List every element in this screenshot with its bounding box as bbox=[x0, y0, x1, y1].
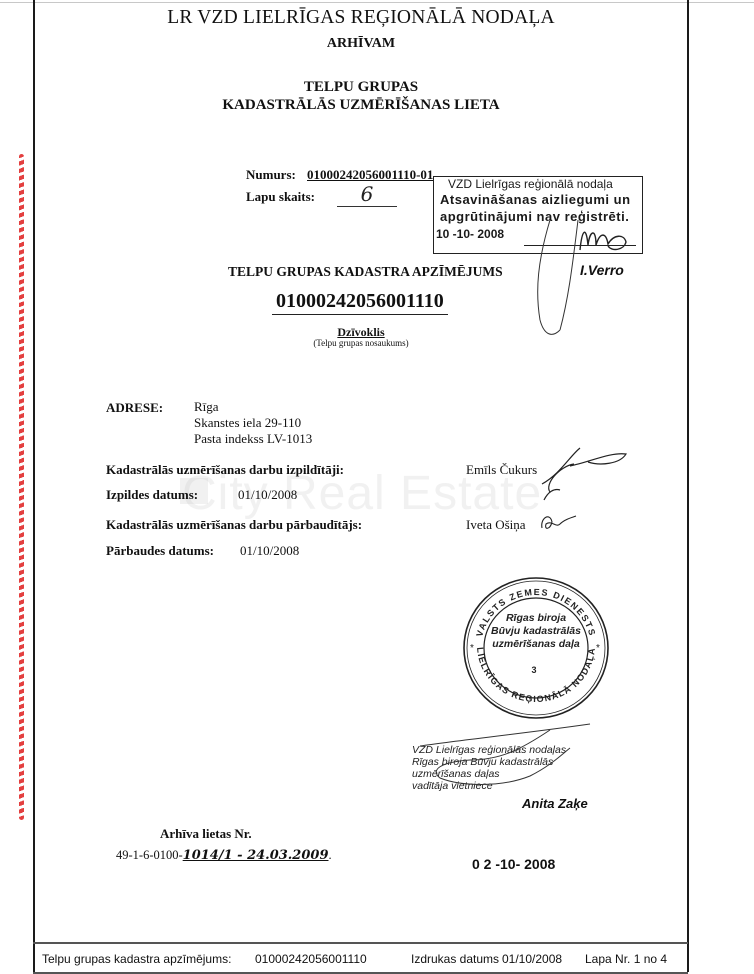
seal-inner-line2: Būvju kadastrālās bbox=[491, 625, 581, 637]
pages-label: Lapu skaits: bbox=[246, 189, 315, 205]
archive-case-number: 49-1-6-0100-1014/1 - 24.03.2009. bbox=[116, 848, 332, 863]
archive-heading: ARHĪVAM bbox=[34, 36, 688, 52]
inspection-date-value: 01/10/2008 bbox=[240, 543, 299, 559]
signature-osina-icon bbox=[538, 510, 578, 534]
address-postal: Pasta indekss LV-1013 bbox=[194, 431, 312, 447]
performed-date-label: Izpildes datums: bbox=[106, 487, 198, 503]
received-date-stamp: 0 2 -10- 2008 bbox=[472, 856, 555, 872]
document-frame-right bbox=[687, 0, 689, 972]
archive-case-label: Arhīva lietas Nr. bbox=[160, 826, 252, 842]
address-lines: Rīga Skanstes iela 29-110 Pasta indekss … bbox=[194, 399, 312, 447]
performed-date-value: 01/10/2008 bbox=[238, 487, 297, 503]
footer-print-date-label: Izdrukas datums bbox=[411, 952, 499, 966]
number-value: 01000242056001110-01 bbox=[307, 167, 433, 183]
signature-cukurs-icon bbox=[540, 444, 630, 504]
folder-title-line1: TELPU GRUPAS bbox=[34, 78, 688, 96]
number-label: Numurs: bbox=[246, 167, 296, 183]
archive-case-handwritten: 1014/1 - 24.03.2009 bbox=[183, 848, 329, 863]
seal-number: 3 bbox=[531, 665, 536, 675]
seal-inner-line1: Rīgas biroja bbox=[506, 612, 566, 624]
round-seal: VALSTS ZEMES DIENESTS LIELRĪGAS REĢIONĀL… bbox=[461, 575, 611, 721]
inspection-date-label: Pārbaudes datums: bbox=[106, 543, 214, 559]
cadastre-number: 01000242056001110 bbox=[272, 290, 448, 315]
org-title: LR VZD LIELRĪGAS REĢIONĀLĀ NODAĻA bbox=[34, 7, 688, 29]
stamp-date: 10 -10- 2008 bbox=[436, 227, 504, 241]
signer-verro: I.Verro bbox=[580, 262, 624, 278]
footer-page-label: Lapa Nr. 1 no 4 bbox=[585, 952, 667, 966]
seal-inner-line3: uzmērīšanas daļa bbox=[492, 638, 580, 650]
page-footer: Telpu grupas kadastra apzīmējums: 010002… bbox=[33, 942, 688, 974]
seal-outer-bottom: LIELRĪGAS REĢIONĀLĀ NODAĻA bbox=[475, 647, 597, 705]
folder-title: TELPU GRUPAS KADASTRĀLĀS UZMĒRĪŠANAS LIE… bbox=[34, 78, 688, 114]
folder-title-line2: KADASTRĀLĀS UZMĒRĪŠANAS LIETA bbox=[34, 96, 688, 114]
signer-zake: Anita Zaķe bbox=[522, 796, 588, 811]
archive-case-prefix: 49-1-6-0100- bbox=[116, 848, 183, 862]
address-street: Skanstes iela 29-110 bbox=[194, 415, 312, 431]
footer-print-date-value: 01/10/2008 bbox=[502, 952, 562, 966]
address-label: ADRESE: bbox=[106, 400, 163, 416]
svg-text:LIELRĪGAS REĢIONĀLĀ NODAĻA: LIELRĪGAS REĢIONĀLĀ NODAĻA bbox=[475, 647, 597, 705]
archive-case-suffix: . bbox=[329, 848, 332, 862]
performer-name: Emīls Čukurs bbox=[466, 462, 537, 478]
svg-text:*: * bbox=[596, 643, 600, 654]
svg-text:*: * bbox=[470, 643, 474, 654]
stamp-line1: VZD Lielrīgas reģionālā nodaļa bbox=[448, 177, 613, 191]
footer-cadastre-value: 01000242056001110 bbox=[255, 952, 367, 966]
inspector-name: Iveta Ošiņa bbox=[466, 517, 526, 533]
inspector-label: Kadastrālās uzmērīšanas darbu pārbaudītā… bbox=[106, 517, 362, 533]
cadastre-heading: TELPU GRUPAS KADASTRA APZĪMĒJUMS bbox=[228, 264, 503, 280]
signature-zake-icon bbox=[400, 720, 600, 800]
binding-cord bbox=[19, 154, 24, 820]
group-name-text: Dzīvoklis bbox=[337, 325, 384, 339]
group-name-caption: (Telpu grupas nosaukums) bbox=[34, 338, 688, 348]
pages-value: 6 bbox=[337, 182, 397, 207]
document-frame-left bbox=[33, 0, 35, 972]
address-city: Rīga bbox=[194, 399, 312, 415]
performer-label: Kadastrālās uzmērīšanas darbu izpildītāj… bbox=[106, 462, 344, 478]
page-top-edge bbox=[0, 2, 754, 3]
footer-cadastre-label: Telpu grupas kadastra apzīmējums: bbox=[42, 952, 231, 966]
